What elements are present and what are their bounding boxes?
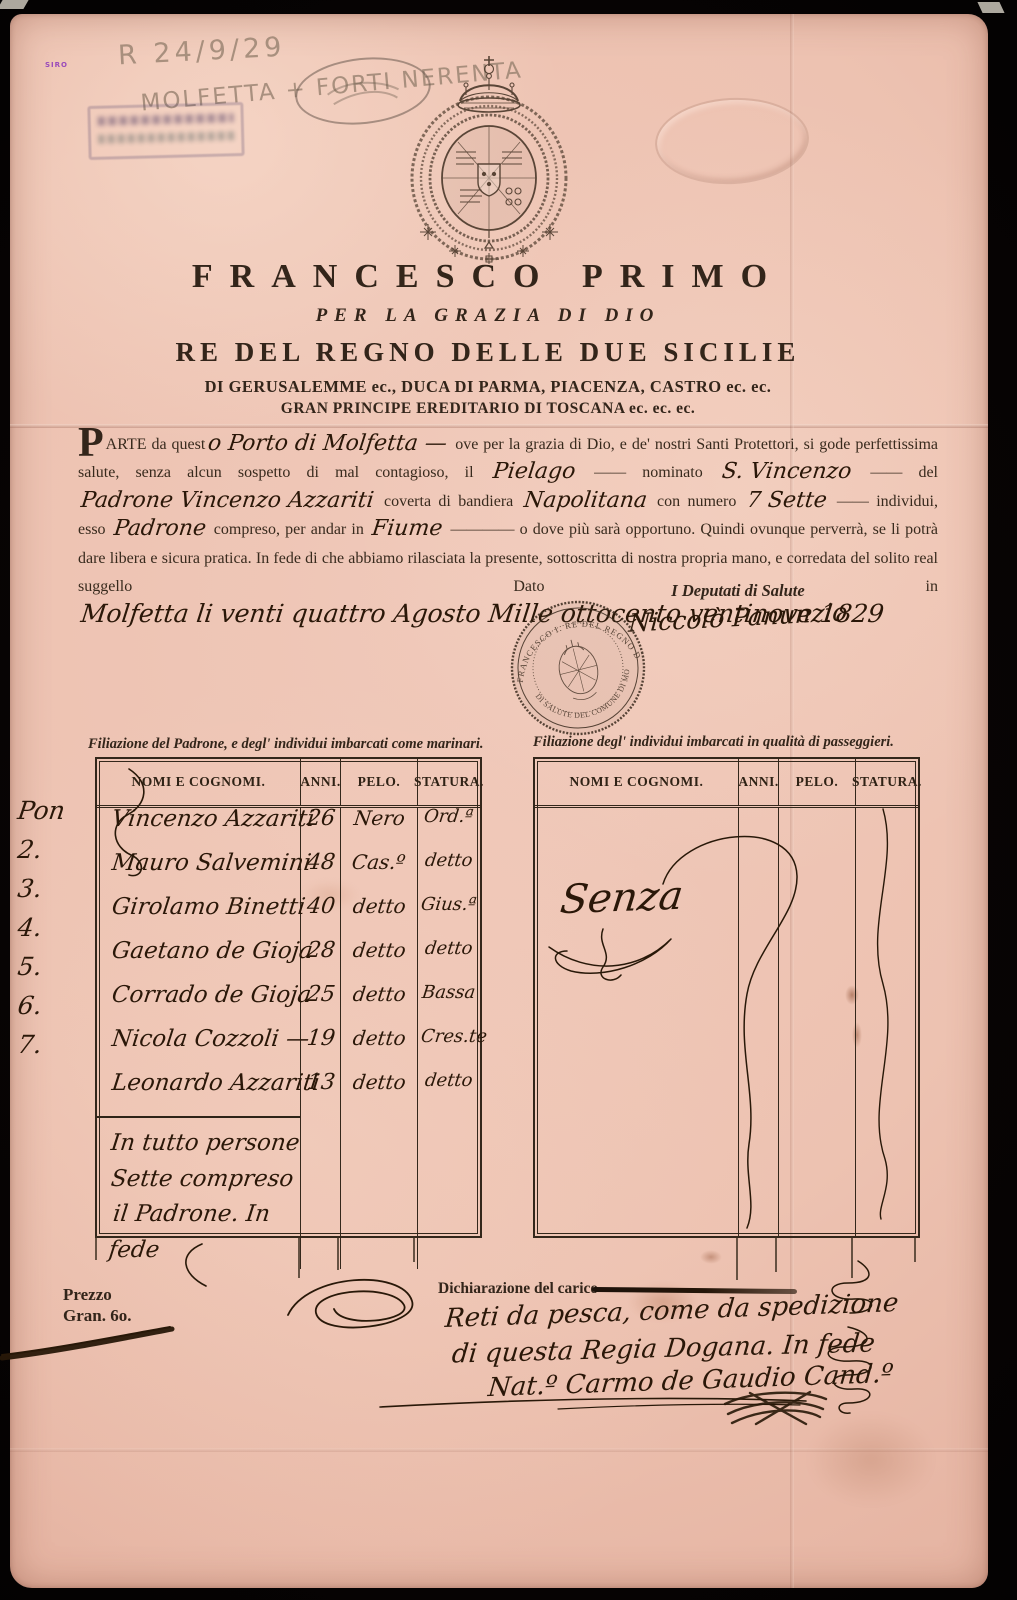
table-line-tail <box>775 1236 777 1272</box>
text-segment: P <box>78 420 104 466</box>
column-header: ANNI. <box>738 759 778 805</box>
column-header: STATURA. <box>417 759 480 805</box>
margin-tally: Pon2.3.4.5.6.7. <box>18 796 65 1059</box>
text-segment: compreso, per andar in <box>209 521 369 538</box>
faded-ink-stamp <box>87 102 244 160</box>
grace-line: PER LA GRAZIA DI DIO <box>88 305 888 327</box>
text-segment: Padrone <box>109 519 209 539</box>
crew-summary-text: In tutto personeSette compresoil Padrone… <box>97 1116 300 1269</box>
photo-corner-artifact <box>0 0 29 9</box>
table-line-tail <box>95 1236 97 1260</box>
crew-table-body: Vincenzo Azzariti 26 Nero Ord.ª Mauro Sa… <box>97 808 480 1236</box>
tally-mark: Pon <box>16 796 67 825</box>
table-line-tail <box>914 1236 916 1262</box>
fold-crease <box>10 1448 988 1452</box>
column-header: ANNI. <box>300 759 340 805</box>
table-line-tail <box>851 1236 853 1278</box>
text-segment: —— del <box>854 464 938 481</box>
price-label: Prezzo <box>63 1284 131 1305</box>
text-segment: ARTE da quest <box>106 436 206 453</box>
purple-ink-mark: SIRO <box>45 61 68 69</box>
text-segment: Padrone Vincenzo Azzariti <box>77 491 378 511</box>
text-segment: Fiume <box>368 519 447 539</box>
tally-mark: 3. <box>16 874 67 903</box>
table-line-tail <box>337 1236 339 1270</box>
photo-corner-artifact <box>977 2 1004 13</box>
royal-coat-of-arms <box>396 52 582 264</box>
cargo-declaration-label: Dichiarazione del carico <box>438 1280 598 1298</box>
column-header: NOMI E COGNOMI. <box>535 774 738 790</box>
text-segment: Napolitana <box>519 491 650 511</box>
table-line-tail <box>413 1236 415 1262</box>
text-segment: o Porto di Molfetta — <box>204 434 451 454</box>
passenger-table-header: NOMI E COGNOMI.ANNI.PELO.STATURA. <box>535 759 918 808</box>
text-segment: Pielago <box>488 462 579 482</box>
royal-heading: FRANCESCO PRIMO PER LA GRAZIA DI DIO RE … <box>88 258 888 418</box>
price-block: Prezzo Gran. 6o. <box>63 1284 131 1327</box>
tally-mark: 7. <box>16 1030 67 1059</box>
tally-mark: 2. <box>16 835 67 864</box>
fold-crease <box>10 424 988 428</box>
column-header: PELO. <box>778 759 855 805</box>
king-name: FRANCESCO PRIMO <box>88 258 888 296</box>
tally-mark: 6. <box>16 991 67 1020</box>
tally-mark: 4. <box>16 913 67 942</box>
no-passengers-entry: Senza <box>558 871 742 923</box>
price-value: Gran. 6o. <box>63 1305 131 1326</box>
text-segment: 7 Sette <box>743 491 831 511</box>
column-header: PELO. <box>340 759 417 805</box>
titles-line-1: DI GERUSALEMME ec., DUCA DI PARMA, PIACE… <box>88 377 888 397</box>
pen-flourish <box>543 927 683 1002</box>
tally-mark: 5. <box>16 952 67 981</box>
text-segment: coverta di bandiera <box>377 493 521 510</box>
passenger-table-caption: Filiazione degl' individui imbarcati in … <box>533 734 933 751</box>
titles-line-2: GRAN PRINCIPE EREDITARIO DI TOSCANA ec. … <box>88 400 888 418</box>
text-segment: con numero <box>650 493 744 510</box>
passenger-table: NOMI E COGNOMI.ANNI.PELO.STATURA. Senza <box>533 757 920 1238</box>
photographed-document: SIRO R 24/9/29 MOLFETTA + FORTI NERENTA <box>0 0 1017 1600</box>
crew-table-header: NOMI E COGNOMI.ANNI.PELO.STATURA. <box>97 759 480 808</box>
realm-line: RE DEL REGNO DELLE DUE SICILIE <box>88 337 888 368</box>
table-line-tail <box>298 1236 300 1278</box>
passenger-table-body: Senza <box>535 808 918 1236</box>
text-segment: —— nominato <box>578 464 719 481</box>
crew-table-caption: Filiazione del Padrone, e degl' individu… <box>88 736 488 753</box>
table-line-tail <box>736 1236 738 1280</box>
column-header: STATURA. <box>855 759 918 805</box>
text-segment: S. Vincenzo <box>718 462 856 482</box>
crew-table: NOMI E COGNOMI.ANNI.PELO.STATURA. Vincen… <box>95 757 482 1238</box>
column-header: NOMI E COGNOMI. <box>97 774 300 790</box>
